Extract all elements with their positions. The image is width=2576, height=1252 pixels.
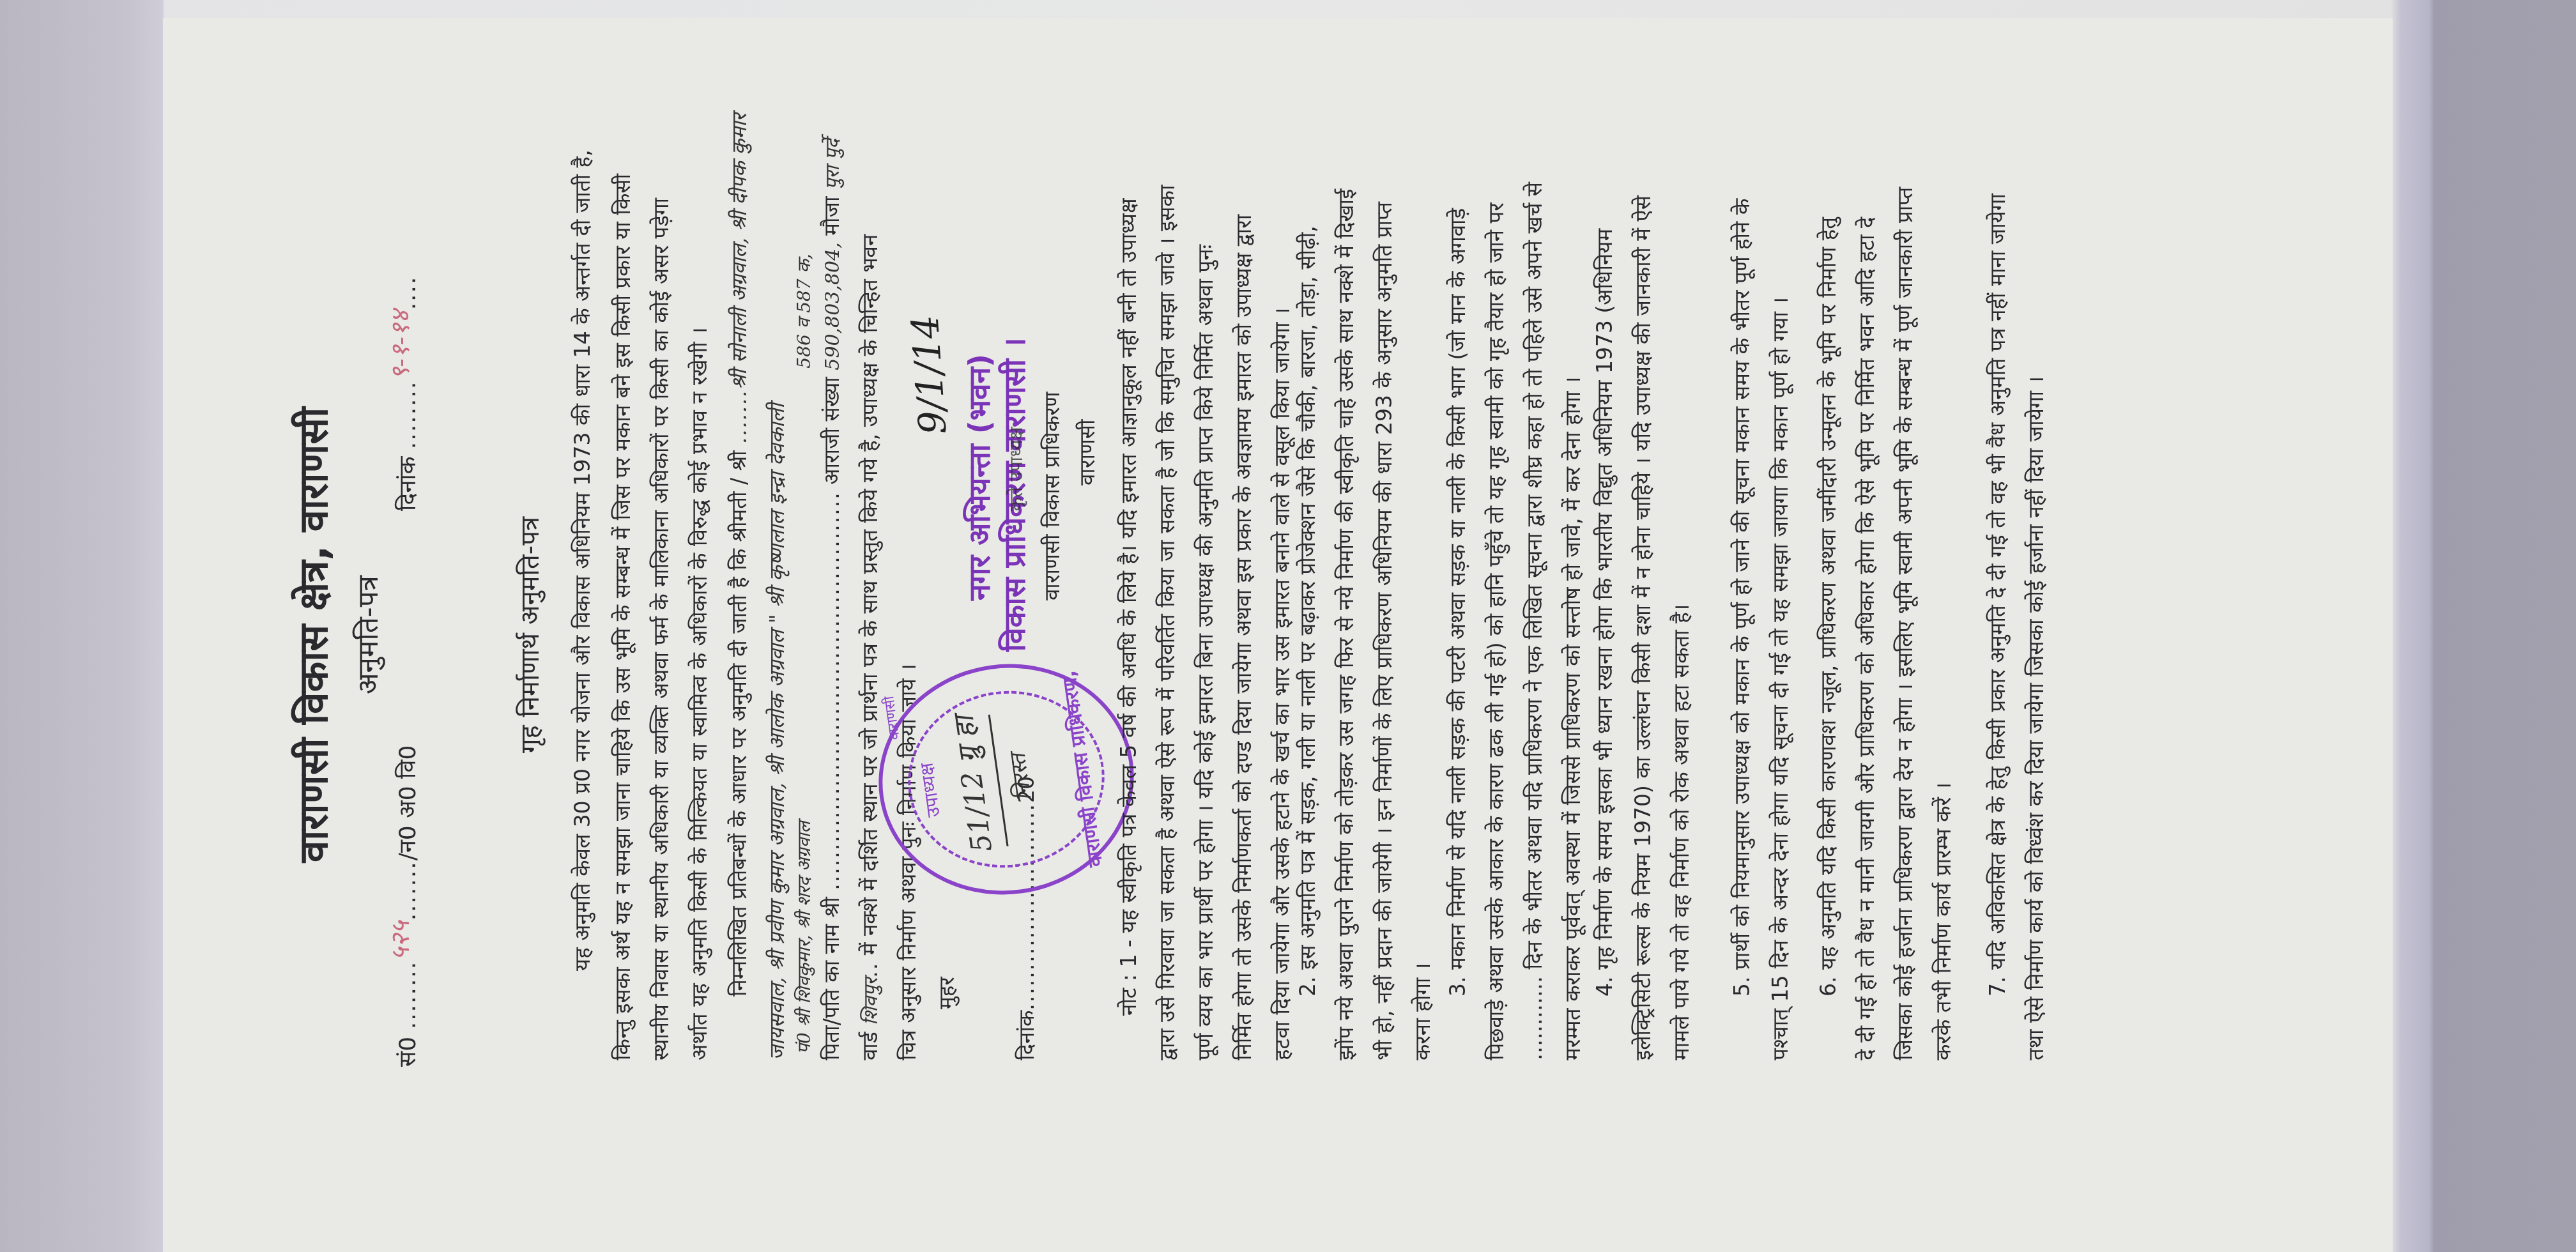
authority-name: वाराणसी विकास प्राधिकरण [1041, 392, 1062, 600]
body-line-4: अर्थात यह अनुमति किसी के मिल्कियत या स्व… [689, 327, 710, 1060]
note-3-line: ………… दिन के भीतर अथवा यदि प्राधिकरण ने ए… [1524, 182, 1545, 1060]
body-line-1: यह अनुमति केवल 30 प्र0 नगर योजना और विका… [572, 149, 593, 971]
note-7-line: तथा ऐसे निर्माण कार्य को विध्वंश कर दिया… [2025, 376, 2046, 1060]
note-1-line: हटवा दिया जायेगा और उसके हटाने के खर्च क… [1271, 307, 1292, 1060]
note-2-line: 2. इस अनुमति पत्र में सड़क, गली या नाली … [1297, 225, 1318, 996]
signatory-overlap-text: कृते उपाध्यक्ष [1008, 427, 1025, 511]
note-6-line: जिसका कोई हर्जाना प्राधिकरण द्वारा देय न… [1894, 187, 1915, 1060]
ref-suffix: /न0 अ0 वि0 [395, 745, 421, 861]
father-name-line: पिता/पति का नाम श्री ...................… [821, 139, 843, 1060]
note-3-line: मरम्मत कराकर पूर्ववत् अवस्था में जिससे प… [1562, 377, 1583, 1061]
note-3-line: 3. मकान निर्माण से यदि नाली सड़क की पटरी… [1447, 208, 1468, 996]
permission-letter-document: वाराणसी विकास क्षेत्र, वाराणसी अनुमति-पत… [163, 18, 2393, 1252]
note-6-line: 6. यह अनुमति यदि किसी कारणवश नजूल, प्राध… [1818, 217, 1839, 996]
note-6-line: दे दी गई हो तो वैध न मानी जायगी और प्राध… [1856, 217, 1877, 1060]
seal-label: मुहर [936, 977, 957, 1009]
reference-line: सं0 ........५२५......./न0 अ0 वि0 [394, 745, 420, 1067]
note-4-line: 4. गृह निर्माण के समय इसका भी ध्यान रखना… [1594, 229, 1615, 996]
date-line: दिनांक ........९-१-१४.... [394, 276, 420, 511]
note-2-line: भी हो, नहीं प्रदान की जायेगी । इन निर्मा… [1374, 202, 1395, 1060]
note-6-line: करके तभी निर्माण कार्य प्रारम्भ करें । [1933, 782, 1954, 1060]
note-1-line: निर्मित होगा तो उसके निर्माणकर्ता को दण्… [1233, 215, 1254, 1060]
note-5-line: पश्चात् 15 दिन के अन्दर देना होगा यदि सू… [1770, 297, 1791, 1060]
authority-city: वाराणसी [1077, 419, 1098, 485]
date-label: दिनांक [395, 457, 421, 511]
ref-label: सं0 [395, 1037, 421, 1067]
document-title: वाराणसी विकास क्षेत्र, वाराणसी [294, 18, 333, 1252]
ward-value: शिवपुर [860, 978, 882, 1025]
body-line-3: स्थानीय निवास या स्थानीय अधिकारी या व्यक… [650, 198, 671, 1060]
applicant-names-line3: पं0 श्री शिवकुमार, श्री शरद अग्रवाल 586 … [795, 254, 813, 1054]
document-subtitle: अनुमति-पत्र [355, 18, 383, 1252]
note-4-line: इलेक्ट्रिसिटी रूल्स के नियम 1970) का उल्… [1632, 195, 1653, 1060]
section-title: गृह निर्माणार्थ अनुमति-पत्र [517, 18, 543, 1252]
mauza-value: पुरा पुर्दे [822, 139, 844, 190]
note-2-line: करना होगा । [1412, 963, 1433, 1060]
mauza-label: मौजा [819, 196, 844, 235]
plot-numbers: 586 व 587 क, [793, 254, 815, 369]
permission-intro: निम्नलिखित प्रतिबन्धों के आधार पर अनुमति… [728, 113, 749, 996]
note-1-line: नोट : 1 - यह स्वीकृति पत्र केवल 5 वर्ष क… [1118, 198, 1139, 1016]
note-2-line: झोंप नये अथवा पुराने निर्माण को तोड़कर उ… [1335, 189, 1356, 1060]
note-7-line: 7. यदि अविकसित क्षेत्र के हेतु किसी प्रक… [1987, 194, 2008, 996]
date-value: ९-१-१४ [386, 310, 415, 380]
arazi-numbers: 590,803,804, [822, 242, 844, 370]
arazi-label: आराजी संख्या [819, 377, 844, 485]
applicant-names-line2: जायसवाल, श्री प्रवीण कुमार अग्रवाल, श्री… [767, 404, 787, 1061]
ref-number: ५२५ [386, 920, 415, 960]
note-4-line: मामले पाये गये तो वह निर्माण को रोक अथवा… [1671, 604, 1692, 1060]
note-1-line: द्वारा उसे गिरवाया जा सकता है अथवा ऐसे र… [1156, 185, 1177, 1060]
applicant-names-line1: श्री सोनाली अग्रवाल, श्री दीपक कुमार [727, 113, 751, 389]
note-1-line: पूर्ण व्यय का भार प्रार्थी पर होगा । यदि… [1195, 245, 1216, 1060]
handwritten-signature: 9/1/14 [907, 314, 952, 436]
note-3-line: पिछवाड़े अथवा उसके आकार के कारण ढक ली गई… [1485, 202, 1506, 1060]
body-line-2: किन्तु इसका अर्थ यह न समझा जाना चाहिये क… [612, 174, 633, 1060]
signatory-stamp-line1: नगर अभियन्ता (भवन) [965, 354, 994, 600]
note-5-line: 5. प्रार्थी को नियमानुसार उपाध्यक्ष को म… [1731, 199, 1752, 996]
